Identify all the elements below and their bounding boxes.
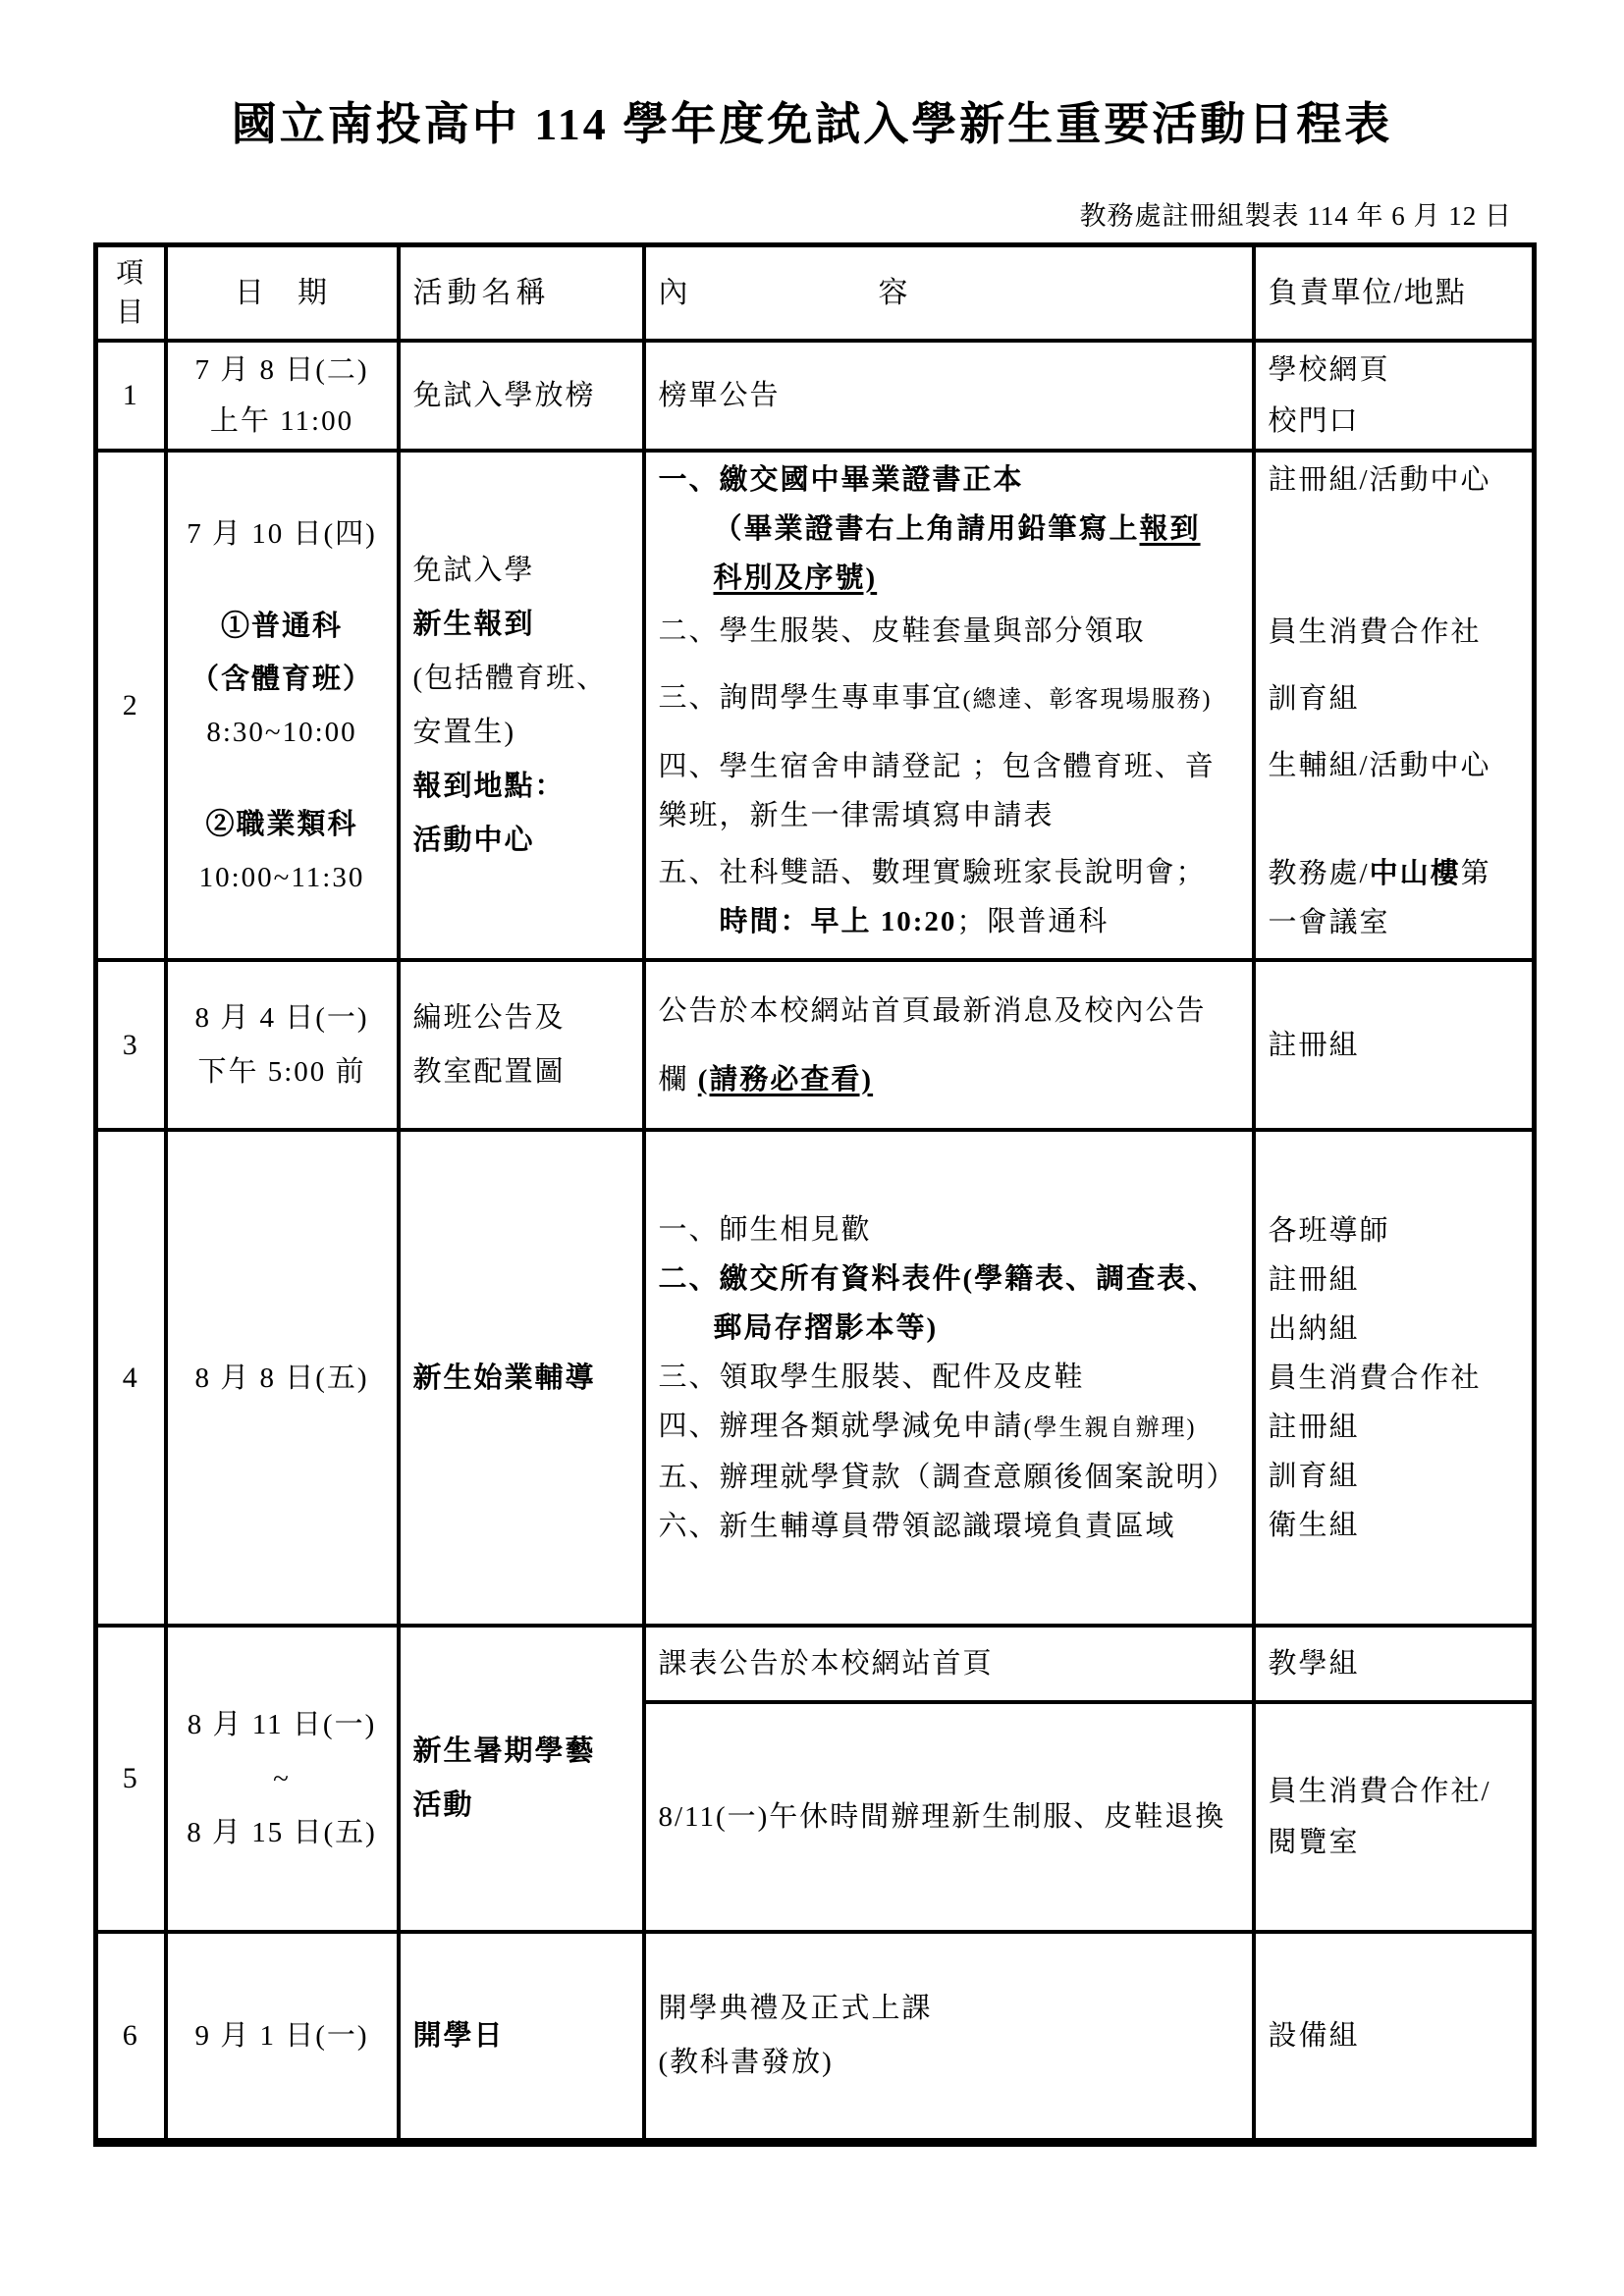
text-segment: 生輔組/活動中心 bbox=[1269, 750, 1491, 781]
text-segment: 1 bbox=[123, 379, 139, 411]
text-line: （含體育班） bbox=[168, 653, 397, 706]
text-segment: 8 月 8 日(五) bbox=[194, 1362, 368, 1394]
text-segment: 報到 bbox=[1140, 513, 1201, 545]
text-segment: 6 bbox=[123, 2019, 139, 2052]
text-line: 1 bbox=[98, 370, 164, 421]
text-segment: 設備組 bbox=[1269, 2020, 1360, 2052]
text-line: 3 bbox=[98, 1020, 164, 1071]
text-line: ①普通科 bbox=[168, 600, 397, 653]
text-line: 欄 (請務必查看) bbox=[659, 1045, 1252, 1114]
text-segment: 8 月 15 日(五) bbox=[187, 1817, 377, 1848]
cell-date: 8 月 4 日(一)下午 5:00 前 bbox=[166, 960, 399, 1130]
text-line: 4 bbox=[98, 1353, 164, 1404]
text-line: 日 期 bbox=[168, 268, 397, 319]
cell-unit: 各班導師註冊組出納組員生消費合作社註冊組訓育組衛生組 bbox=[1254, 1130, 1535, 1626]
text-line: 活動 bbox=[413, 1779, 642, 1833]
document-page: 國立南投高中 114 學年度免試入學新生重要活動日程表 教務處註冊組製表 114… bbox=[0, 0, 1624, 2296]
cell-activity: 編班公告及教室配置圖 bbox=[399, 960, 644, 1130]
cell-item-no: 4 bbox=[96, 1130, 166, 1626]
text-segment: 新生始業輔導 bbox=[413, 1362, 596, 1394]
cell-item-no: 6 bbox=[96, 1932, 166, 2143]
text-segment: 欄 bbox=[659, 1064, 698, 1095]
text-line: 內 容 bbox=[659, 268, 1252, 319]
text-segment: 8 月 11 日(一) bbox=[188, 1709, 377, 1740]
text-line: 免試入學 bbox=[413, 544, 642, 598]
text-line: 學校網頁 bbox=[1269, 345, 1533, 396]
text-segment: (包括體育班、 bbox=[413, 663, 608, 694]
text-segment: 二、學生服裝、皮鞋套量與部分領取 bbox=[659, 615, 1146, 647]
header-row: 項目日 期活動名稱內 容負責單位/地點 bbox=[96, 245, 1535, 342]
text-line: 註冊組 bbox=[1269, 1020, 1533, 1071]
text-line: 下午 5:00 前 bbox=[168, 1045, 397, 1099]
text-line: 教室配置圖 bbox=[413, 1045, 642, 1099]
text-line: 二、學生服裝、皮鞋套量與部分領取 bbox=[659, 607, 1252, 656]
text-segment: 項 bbox=[116, 258, 145, 289]
text-segment: 一、師生相見歡 bbox=[659, 1214, 872, 1246]
text-segment: 教室配置圖 bbox=[413, 1056, 566, 1088]
cell-activity: 開學日 bbox=[399, 1932, 644, 2143]
text-segment: 7 月 10 日(四) bbox=[187, 518, 377, 550]
text-line: 新生報到 bbox=[413, 598, 642, 652]
cell-date: 7 月 10 日(四)①普通科（含體育班）8:30~10:00②職業類科10:0… bbox=[166, 451, 399, 960]
text-segment: 4 bbox=[123, 1362, 139, 1394]
text-line: 開學典禮及正式上課 bbox=[659, 1982, 1252, 2036]
text-line: 8/11(一)午休時間辦理新生制服、皮鞋退換 bbox=[659, 1791, 1252, 1842]
text-segment: 註冊組/活動中心 bbox=[1269, 464, 1491, 496]
text-line: 員生消費合作社 bbox=[1269, 608, 1533, 657]
text-segment: 衛生組 bbox=[1269, 1510, 1360, 1541]
text-segment: 活動 bbox=[413, 1789, 474, 1821]
text-line: 閱覽室 bbox=[1269, 1817, 1533, 1868]
cell-item-no: 2 bbox=[96, 451, 166, 960]
text-segment: 課表公告於本校網站首頁 bbox=[659, 1648, 994, 1680]
text-line: ②職業類科 bbox=[168, 798, 397, 851]
text-segment: 六、新生輔導員帶領認識環境負責區域 bbox=[659, 1511, 1176, 1542]
text-line: 8 月 11 日(一) bbox=[168, 1698, 397, 1752]
cell-item-no: 1 bbox=[96, 341, 166, 451]
text-line: 四、辦理各類就學減免申請(學生親自辦理) bbox=[659, 1402, 1252, 1453]
text-line: 註冊組/活動中心 bbox=[1269, 455, 1533, 505]
text-line: 五、辦理就學貸款（調查意願後個案說明） bbox=[659, 1453, 1252, 1502]
text-line: 三、領取學生服裝、配件及皮鞋 bbox=[659, 1353, 1252, 1402]
text-segment: 四、學生宿舍申請登記 ；包含體育班、音 bbox=[659, 751, 1216, 782]
text-segment: 新生暑期學藝 bbox=[413, 1735, 596, 1767]
text-segment: 7 月 8 日(二) bbox=[194, 354, 368, 386]
text-segment: 報到地點： bbox=[413, 771, 566, 802]
text-segment: 閱覽室 bbox=[1269, 1827, 1360, 1858]
text-segment: 第 bbox=[1461, 858, 1491, 889]
text-segment: 員生消費合作社 bbox=[1269, 1362, 1482, 1394]
table-row: 69 月 1 日(一)開學日開學典禮及正式上課(教科書發放)設備組 bbox=[96, 1932, 1535, 2143]
text-segment: 日 期 bbox=[235, 277, 329, 309]
text-segment: 五、辦理就學貸款（調查意願後個案說明） bbox=[659, 1462, 1237, 1493]
text-line: 新生暑期學藝 bbox=[413, 1725, 642, 1779]
text-segment: （含體育班） bbox=[190, 664, 373, 695]
cell-content: 榜單公告 bbox=[644, 341, 1254, 451]
text-segment: 教學組 bbox=[1269, 1648, 1360, 1680]
text-segment: 安置生) bbox=[413, 717, 516, 748]
cell-activity: 新生始業輔導 bbox=[399, 1130, 644, 1626]
text-line: 一會議室 bbox=[1269, 898, 1533, 947]
text-segment: 郵局存摺影本等) bbox=[714, 1312, 939, 1344]
text-segment: 8:30~10:00 bbox=[206, 717, 356, 748]
text-line: 課表公告於本校網站首頁 bbox=[659, 1638, 1252, 1689]
text-segment: 5 bbox=[123, 1762, 139, 1794]
table-row: 38 月 4 日(一)下午 5:00 前編班公告及教室配置圖公告於本校網站首頁最… bbox=[96, 960, 1535, 1130]
text-line: 設備組 bbox=[1269, 2010, 1533, 2061]
text-line: 訓育組 bbox=[1269, 674, 1533, 723]
cell-date: 9 月 1 日(一) bbox=[166, 1932, 399, 2143]
text-line: 活動名稱 bbox=[413, 268, 642, 319]
text-segment: ①普通科 bbox=[221, 611, 343, 642]
text-segment: 教務處/ bbox=[1269, 858, 1370, 889]
text-segment: 開學日 bbox=[413, 2020, 505, 2052]
cell-item-no: 5 bbox=[96, 1626, 166, 1932]
text-line: 上午 11:00 bbox=[168, 396, 397, 447]
cell-content: 8/11(一)午休時間辦理新生制服、皮鞋退換 bbox=[644, 1702, 1254, 1932]
text-line: （畢業證書右上角請用鉛筆寫上報到 bbox=[659, 505, 1252, 554]
cell-date: 7 月 8 日(二)上午 11:00 bbox=[166, 341, 399, 451]
text-segment: 活動中心 bbox=[413, 825, 535, 856]
text-segment: (請務必查看) bbox=[698, 1064, 873, 1095]
cell-item-no: 3 bbox=[96, 960, 166, 1130]
text-segment: 科別及序號) bbox=[714, 562, 878, 594]
text-segment: 員生消費合作社 bbox=[1269, 616, 1482, 648]
header-cell: 活動名稱 bbox=[399, 245, 644, 342]
text-segment: 公告於本校網站首頁最新消息及校內公告 bbox=[659, 995, 1207, 1027]
text-segment: 2 bbox=[123, 689, 139, 721]
header-cell: 項目 bbox=[96, 245, 166, 342]
text-line: 公告於本校網站首頁最新消息及校內公告 bbox=[659, 977, 1252, 1045]
text-segment: ~ bbox=[273, 1763, 291, 1794]
text-line: 免試入學放榜 bbox=[413, 370, 642, 421]
text-segment: 9 月 1 日(一) bbox=[194, 2020, 368, 2052]
text-segment: 3 bbox=[123, 1029, 139, 1061]
text-segment: (總達、彰客現場服務) bbox=[963, 687, 1213, 713]
header-cell: 內 容 bbox=[644, 245, 1254, 342]
text-line: 10:00~11:30 bbox=[168, 851, 397, 904]
text-line: 衛生組 bbox=[1269, 1501, 1533, 1550]
text-segment: 註冊組 bbox=[1269, 1264, 1360, 1296]
text-line: (包括體育班、 bbox=[413, 652, 642, 706]
cell-unit: 註冊組/活動中心員生消費合作社訓育組生輔組/活動中心教務處/中山樓第一會議室 bbox=[1254, 451, 1535, 960]
cell-activity: 免試入學放榜 bbox=[399, 341, 644, 451]
subtitle: 教務處註冊組製表 114 年 6 月 12 日 bbox=[1080, 194, 1513, 233]
table-row: 58 月 11 日(一)~8 月 15 日(五)新生暑期學藝活動課表公告於本校網… bbox=[96, 1626, 1535, 1702]
text-line: (教科書發放) bbox=[659, 2036, 1252, 2090]
text-segment: 下午 5:00 前 bbox=[197, 1056, 365, 1088]
text-line: 教學組 bbox=[1269, 1638, 1533, 1689]
text-line: 樂班，新生一律需填寫申請表 bbox=[659, 791, 1252, 840]
text-segment: 四、辦理各類就學減免申請 bbox=[659, 1411, 1024, 1442]
text-segment: ②職業類科 bbox=[205, 809, 357, 840]
text-segment: 五、社科雙語、數理實驗班家長說明會； bbox=[659, 857, 1207, 888]
text-segment: (教科書發放) bbox=[659, 2047, 834, 2078]
table-header: 項目日 期活動名稱內 容負責單位/地點 bbox=[96, 245, 1535, 342]
text-segment: 活動名稱 bbox=[413, 277, 551, 309]
text-segment: 時間：早上 10:20 bbox=[720, 906, 957, 937]
text-line: 9 月 1 日(一) bbox=[168, 2010, 397, 2061]
cell-unit: 註冊組 bbox=[1254, 960, 1535, 1130]
text-segment: 三、詢問學生專車事宜 bbox=[659, 682, 963, 714]
text-segment: 內 容 bbox=[659, 277, 910, 309]
text-line: 項 bbox=[98, 254, 164, 294]
text-segment: 樂班，新生一律需填寫申請表 bbox=[659, 800, 1055, 831]
text-segment: 二、繳交所有資料表件(學籍表、調查表、 bbox=[659, 1263, 1218, 1295]
text-segment: 榜單公告 bbox=[659, 380, 781, 411]
text-line: 六、新生輔導員帶領認識環境負責區域 bbox=[659, 1502, 1252, 1551]
text-segment: 員生消費合作社/ bbox=[1269, 1776, 1491, 1807]
cell-date: 8 月 11 日(一)~8 月 15 日(五) bbox=[166, 1626, 399, 1932]
cell-content: 開學典禮及正式上課(教科書發放) bbox=[644, 1932, 1254, 2143]
text-line: 註冊組 bbox=[1269, 1255, 1533, 1305]
text-segment: 註冊組 bbox=[1269, 1030, 1360, 1061]
text-line: 各班導師 bbox=[1269, 1206, 1533, 1255]
text-line: 出納組 bbox=[1269, 1305, 1533, 1354]
text-line: 8 月 8 日(五) bbox=[168, 1353, 397, 1404]
text-segment: 免試入學 bbox=[413, 555, 535, 586]
text-segment: 校門口 bbox=[1269, 405, 1360, 437]
text-segment: 開學典禮及正式上課 bbox=[659, 1993, 933, 2024]
header-cell: 負責單位/地點 bbox=[1254, 245, 1535, 342]
text-line: 安置生) bbox=[413, 706, 642, 760]
text-line: ~ bbox=[168, 1752, 397, 1806]
table-body: 17 月 8 日(二)上午 11:00免試入學放榜榜單公告學校網頁校門口27 月… bbox=[96, 341, 1535, 2143]
text-line: 四、學生宿舍申請登記 ；包含體育班、音 bbox=[659, 742, 1252, 791]
text-segment: 8 月 4 日(一) bbox=[194, 1002, 368, 1034]
text-line: 7 月 8 日(二) bbox=[168, 345, 397, 396]
header-cell: 日 期 bbox=[166, 245, 399, 342]
text-line: 註冊組 bbox=[1269, 1403, 1533, 1452]
text-segment: 8/11(一)午休時間辦理新生制服、皮鞋退換 bbox=[659, 1801, 1226, 1833]
table-row: 27 月 10 日(四)①普通科（含體育班）8:30~10:00②職業類科10:… bbox=[96, 451, 1535, 960]
text-line: 榜單公告 bbox=[659, 370, 1252, 421]
text-line: 生輔組/活動中心 bbox=[1269, 741, 1533, 790]
text-segment: 負責單位/地點 bbox=[1269, 277, 1467, 309]
cell-activity: 免試入學新生報到(包括體育班、安置生)報到地點：活動中心 bbox=[399, 451, 644, 960]
text-line: 負責單位/地點 bbox=[1269, 268, 1533, 319]
text-segment: 訓育組 bbox=[1269, 683, 1360, 715]
text-line: 活動中心 bbox=[413, 814, 642, 868]
text-segment: 一會議室 bbox=[1269, 907, 1390, 938]
schedule-table: 項目日 期活動名稱內 容負責單位/地點 17 月 8 日(二)上午 11:00免… bbox=[93, 242, 1537, 2147]
text-segment: （畢業證書右上角請用鉛筆寫上 bbox=[714, 513, 1140, 545]
text-segment: 註冊組 bbox=[1269, 1412, 1360, 1443]
text-line: 報到地點： bbox=[413, 760, 642, 814]
cell-content: 課表公告於本校網站首頁 bbox=[644, 1626, 1254, 1702]
cell-activity: 新生暑期學藝活動 bbox=[399, 1626, 644, 1932]
text-line: 訓育組 bbox=[1269, 1452, 1533, 1501]
text-segment: 新生報到 bbox=[413, 609, 535, 640]
page-title: 國立南投高中 114 學年度免試入學新生重要活動日程表 bbox=[0, 88, 1624, 153]
text-segment: 中山樓 bbox=[1370, 858, 1461, 889]
text-line: 二、繳交所有資料表件(學籍表、調查表、 bbox=[659, 1255, 1252, 1304]
text-segment: 各班導師 bbox=[1269, 1215, 1390, 1247]
table-row: 48 月 8 日(五)新生始業輔導一、師生相見歡二、繳交所有資料表件(學籍表、調… bbox=[96, 1130, 1535, 1626]
text-line: 員生消費合作社 bbox=[1269, 1354, 1533, 1403]
text-line: 校門口 bbox=[1269, 396, 1533, 447]
text-line: 員生消費合作社/ bbox=[1269, 1766, 1533, 1817]
cell-content: 一、繳交國中畢業證書正本（畢業證書右上角請用鉛筆寫上報到科別及序號)二、學生服裝… bbox=[644, 451, 1254, 960]
table-row: 17 月 8 日(二)上午 11:00免試入學放榜榜單公告學校網頁校門口 bbox=[96, 341, 1535, 451]
text-segment: 上午 11:00 bbox=[210, 405, 353, 437]
text-line: 8 月 15 日(五) bbox=[168, 1806, 397, 1860]
text-segment: 三、領取學生服裝、配件及皮鞋 bbox=[659, 1362, 1085, 1393]
text-line: 5 bbox=[98, 1753, 164, 1804]
text-segment: 學校網頁 bbox=[1269, 354, 1390, 386]
cell-content: 一、師生相見歡二、繳交所有資料表件(學籍表、調查表、郵局存摺影本等)三、領取學生… bbox=[644, 1130, 1254, 1626]
text-segment: (學生親自辦理) bbox=[1024, 1415, 1197, 1441]
text-segment: 10:00~11:30 bbox=[199, 862, 365, 893]
text-line: 7 月 10 日(四) bbox=[168, 507, 397, 561]
text-line: 教務處/中山樓第 bbox=[1269, 849, 1533, 898]
text-segment: 出納組 bbox=[1269, 1313, 1360, 1345]
text-line: 郵局存摺影本等) bbox=[659, 1304, 1252, 1353]
text-segment: 編班公告及 bbox=[413, 1002, 566, 1034]
cell-unit: 教學組 bbox=[1254, 1626, 1535, 1702]
text-segment: ；限普通科 bbox=[956, 906, 1109, 937]
text-segment: 免試入學放榜 bbox=[413, 380, 596, 411]
text-segment: 一、繳交國中畢業證書正本 bbox=[659, 464, 1024, 496]
text-segment: 訓育組 bbox=[1269, 1461, 1360, 1492]
text-segment: 目 bbox=[116, 297, 145, 328]
cell-unit: 學校網頁校門口 bbox=[1254, 341, 1535, 451]
cell-date: 8 月 8 日(五) bbox=[166, 1130, 399, 1626]
text-line: 開學日 bbox=[413, 2010, 642, 2061]
text-line: 編班公告及 bbox=[413, 991, 642, 1045]
cell-unit: 員生消費合作社/閱覽室 bbox=[1254, 1702, 1535, 1932]
text-line: 新生始業輔導 bbox=[413, 1353, 642, 1404]
text-line: 目 bbox=[98, 294, 164, 333]
text-line: 8 月 4 日(一) bbox=[168, 991, 397, 1045]
text-line: 三、詢問學生專車事宜(總達、彰客現場服務) bbox=[659, 673, 1252, 724]
cell-unit: 設備組 bbox=[1254, 1932, 1535, 2143]
text-line: 一、繳交國中畢業證書正本 bbox=[659, 455, 1252, 505]
text-line: 一、師生相見歡 bbox=[659, 1205, 1252, 1255]
text-line: 五、社科雙語、數理實驗班家長說明會； bbox=[659, 848, 1252, 897]
cell-content: 公告於本校網站首頁最新消息及校內公告欄 (請務必查看) bbox=[644, 960, 1254, 1130]
text-line: 科別及序號) bbox=[659, 554, 1252, 603]
text-line: 2 bbox=[98, 680, 164, 731]
text-line: 8:30~10:00 bbox=[168, 706, 397, 759]
text-line: 6 bbox=[98, 2010, 164, 2061]
text-line: 時間：早上 10:20；限普通科 bbox=[659, 897, 1252, 946]
